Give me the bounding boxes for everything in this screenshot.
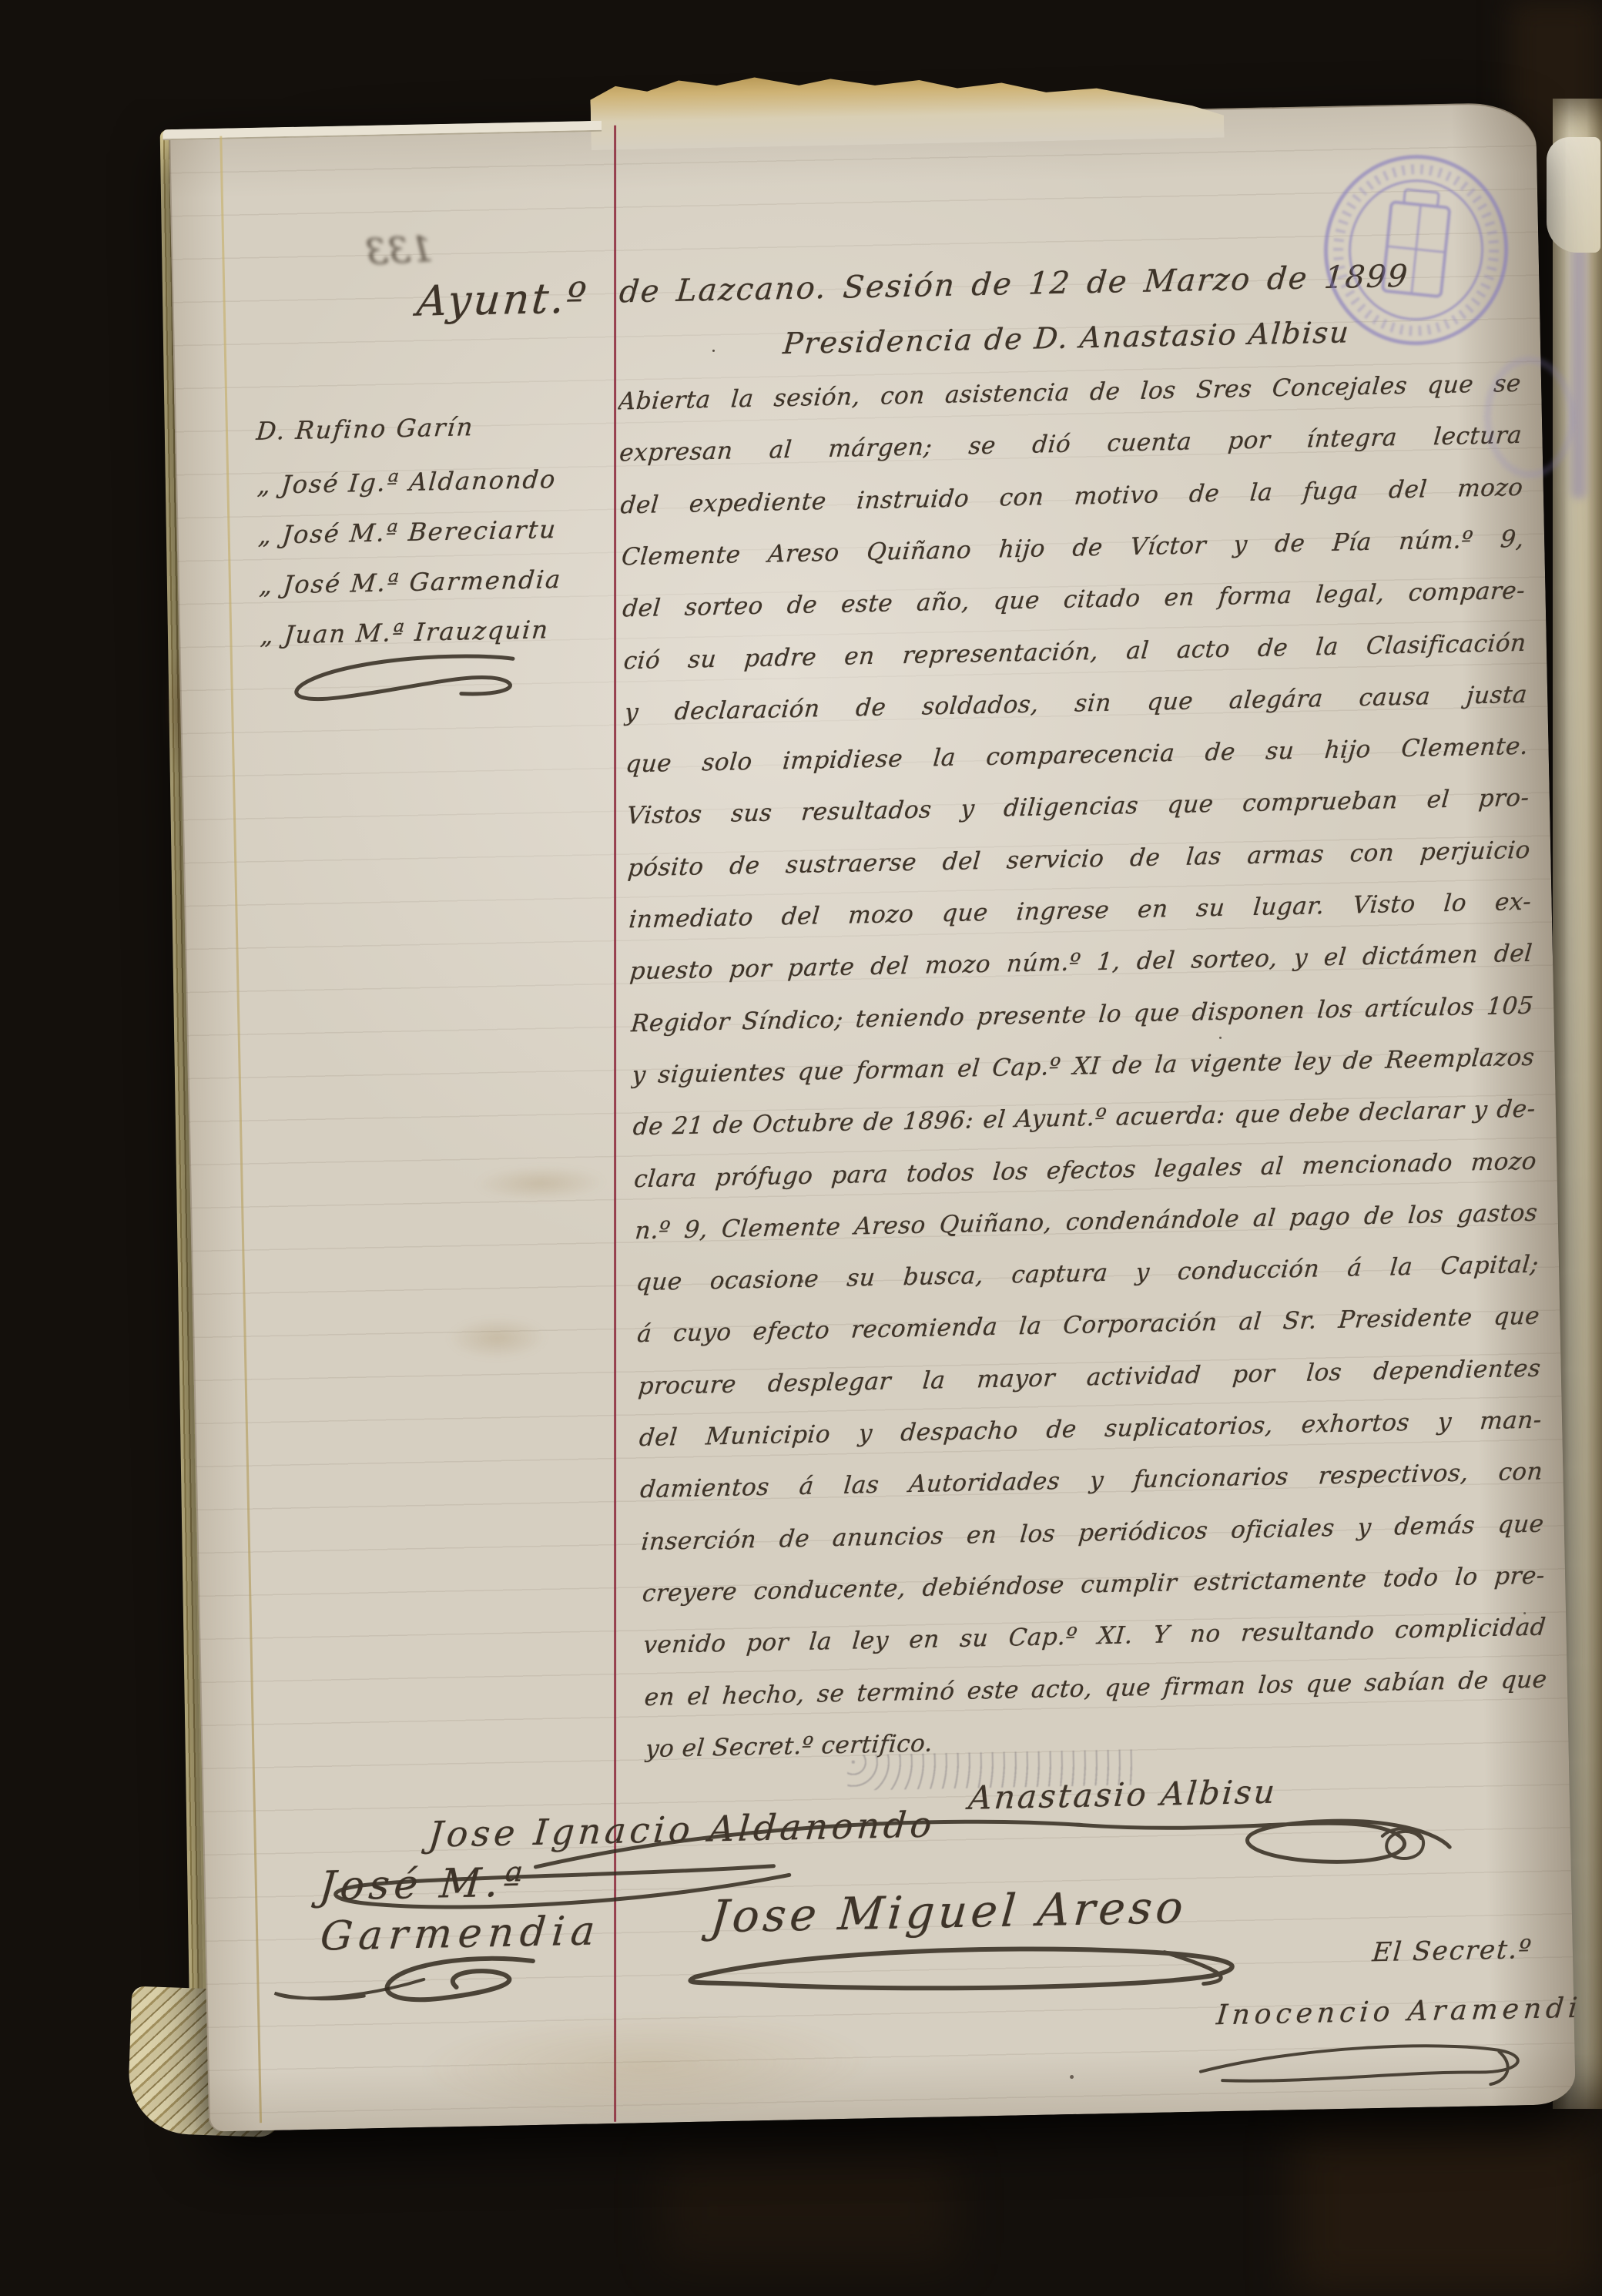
paper-stain: [447, 1316, 548, 1361]
manuscript-page: 133 Ayunt.º de Lazcano. Sesión de 12 de …: [169, 102, 1576, 2131]
torn-page-edge: [590, 64, 1225, 150]
attendee-name: „ Juan M.ª Irauzquin: [260, 615, 551, 650]
floor-shadow-patch: [1294, 2126, 1602, 2295]
signature-rubric: [1191, 2034, 1534, 2097]
paper-stain: [414, 2006, 879, 2123]
municipal-oval-stamp-icon: [1310, 142, 1522, 359]
attendees-rubric-flourish: [268, 648, 531, 711]
attendee-name: „ José Ig.ª Aldanondo: [256, 464, 558, 500]
signature-garmendia-line1: José M.ª: [317, 1859, 528, 1910]
signature-rubric: [672, 1935, 1273, 1999]
attendee-name: D. Rufino Garín: [255, 412, 475, 446]
margin-corporation-abbr: Ayunt.º: [415, 273, 590, 326]
ink-specks: [712, 350, 715, 352]
bleed-through-page-number: 133: [364, 228, 434, 273]
signature-secretary: Inocencio Aramendi: [1215, 1993, 1584, 2032]
session-title: de Lazcano. Sesión de 12 de Marzo de 189…: [617, 259, 1410, 323]
session-presidency: Presidencia de D. Anastasio Albisu: [782, 315, 1352, 360]
signature-garmendia-line2: Garmendia: [319, 1908, 603, 1959]
paper-stain: [474, 1165, 606, 1202]
signature-rubric: [271, 1973, 426, 2004]
signature-areso: Jose Miguel Areso: [709, 1881, 1189, 1943]
attendee-name: „ José M.ª Garmendia: [258, 565, 562, 600]
scanned-manuscript-photo: { "document": { "kind": "acta manuscrita…: [0, 0, 1602, 2296]
under-sheet-edge: [163, 121, 602, 140]
floor-shadow-patch: [662, 2157, 955, 2264]
facing-page-curl: [1547, 137, 1600, 253]
stamp-ink-streak: [1571, 245, 1587, 499]
attendee-name: „ José M.ª Bereciartu: [257, 515, 558, 550]
secretary-title: El Secret.º: [1371, 1934, 1533, 1968]
